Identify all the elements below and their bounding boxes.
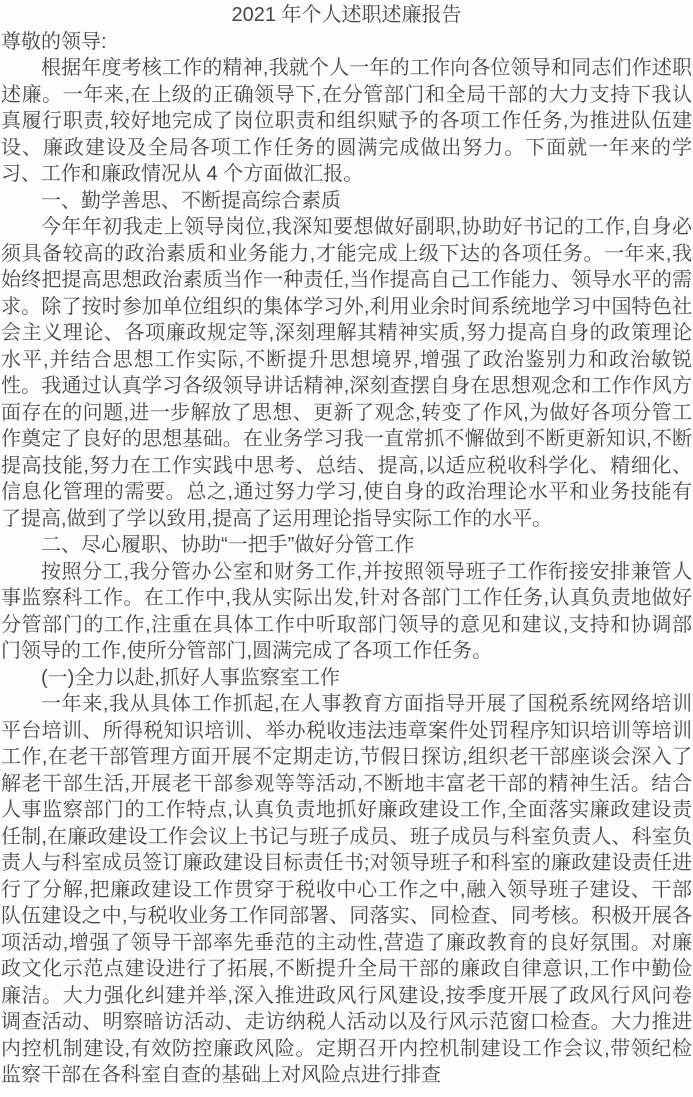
document-page: 2021 年个人述职述廉报告 尊敬的领导:根据年度考核工作的精神,我就个人一年的… <box>0 0 693 1097</box>
paragraph-body: 今年年初我走上领导岗位,我深知要想做好副职,协助好书记的工作,自身必须具备较高的… <box>1 214 692 532</box>
document-title: 2021 年个人述职述廉报告 <box>1 2 692 29</box>
document-body: 尊敬的领导:根据年度考核工作的精神,我就个人一年的工作向各位领导和同志们作述职述… <box>1 29 692 1089</box>
paragraph-heading: 二、尽心履职、协助“一把手”做好分管工作 <box>1 532 692 559</box>
paragraph-salutation: 尊敬的领导: <box>1 29 692 56</box>
paragraph-heading: (一)全力以赴,抓好人事监察室工作 <box>1 665 692 692</box>
paragraph-body: 根据年度考核工作的精神,我就个人一年的工作向各位领导和同志们作述职述廉。一年来,… <box>1 55 692 188</box>
paragraph-body: 一年来,我从具体工作抓起,在人事教育方面指导开展了国税系统网络培训平台培训、所得… <box>1 691 692 1089</box>
paragraph-body: 按照分工,我分管办公室和财务工作,并按照领导班子工作衔接安排兼管人事监察科工作。… <box>1 559 692 665</box>
paragraph-heading: 一、勤学善思、不断提高综合素质 <box>1 188 692 215</box>
